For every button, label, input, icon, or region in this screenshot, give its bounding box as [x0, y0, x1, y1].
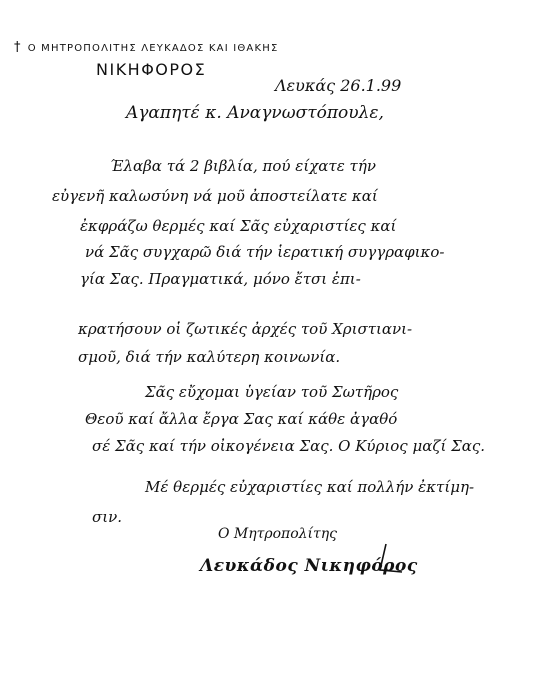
body-line: Έλαβα τά 2 βιβλία, πού είχατε τήν [110, 157, 376, 175]
body-line: νά Σᾶς συγχαρῶ διά τήν ἱερατική συγγραφι… [85, 243, 444, 261]
letter-page: †Ο ΜΗΤΡΟΠΟΛΙΤΗΣ ΛΕΥΚΑΔΟΣ ΚΑΙ ΙΘΑΚΗΣ ΝΙΚΗ… [0, 0, 534, 676]
signature-flourish [366, 542, 406, 578]
body-line: Σᾶς εὔχομαι ὑγείαν τοῦ Σωτῆρος [145, 383, 398, 401]
body-line: γία Σας. Πραγματικά, μόνο ἔτσι ἐπι- [80, 270, 361, 288]
letterhead-title: Ο ΜΗΤΡΟΠΟΛΙΤΗΣ ΛΕΥΚΑΔΟΣ ΚΑΙ ΙΘΑΚΗΣ [28, 43, 279, 54]
body-line: Μέ θερμές εὐχαριστίες καί πολλήν ἐκτίμη- [145, 478, 474, 496]
salutation: Αγαπητέ κ. Αναγνωστόπουλε, [126, 103, 384, 123]
body-line: σιν. [92, 508, 122, 526]
body-line: ἐκφράζω θερμές καί Σᾶς εὐχαριστίες καί [80, 217, 396, 235]
body-line: κρατήσουν οἱ ζωτικές ἀρχές τοῦ Χριστιανι… [78, 320, 412, 338]
cross-icon: † [14, 40, 22, 55]
body-line: σμοῦ, διά τήν καλύτερη κοινωνία. [78, 348, 340, 366]
letterhead-name: ΝΙΚΗΦΟΡΟΣ [96, 60, 206, 79]
body-line: Θεοῦ καί ἄλλα ἔργα Σας καί κάθε ἀγαθό [85, 410, 397, 428]
closing: Ο Μητροπολίτης [218, 526, 337, 542]
body-line: εὐγενῆ καλωσύνη νά μοῦ ἀποστείλατε καί [52, 187, 378, 205]
letter-date: Λευκάς 26.1.99 [275, 76, 401, 95]
letterhead: †Ο ΜΗΤΡΟΠΟΛΙΤΗΣ ΛΕΥΚΑΔΟΣ ΚΑΙ ΙΘΑΚΗΣ [14, 40, 278, 55]
body-line: σέ Σᾶς καί τήν οἰκογένεια Σας. Ο Κύριος … [92, 437, 485, 455]
